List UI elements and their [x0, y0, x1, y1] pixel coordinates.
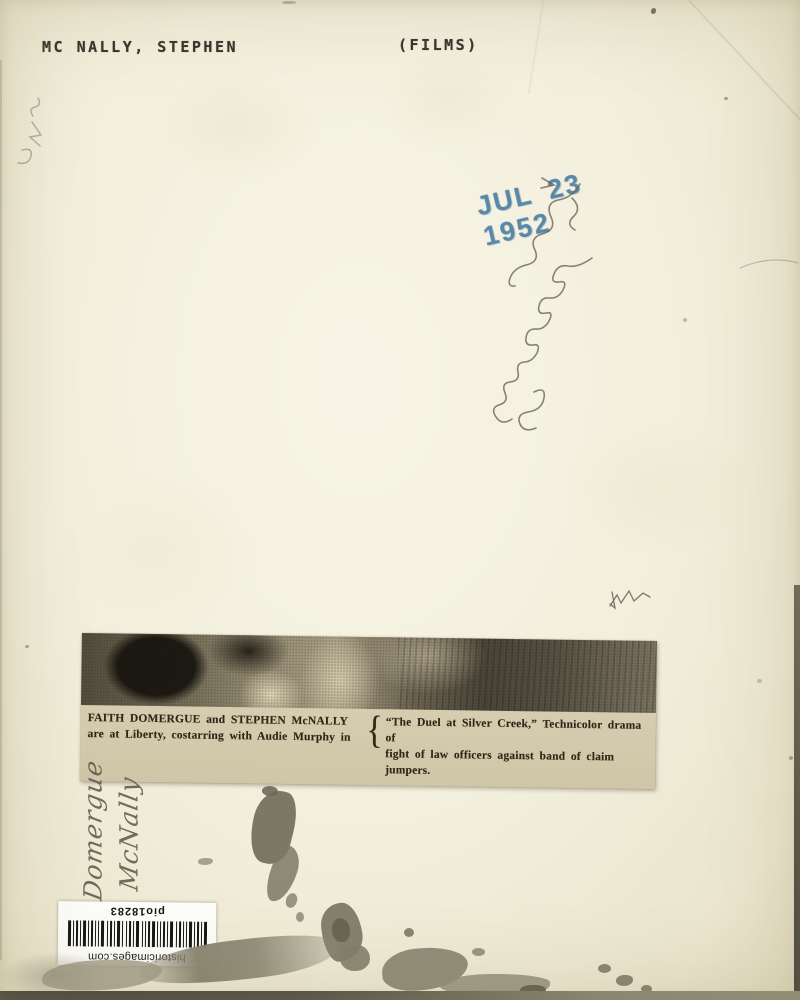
paint-smudge [296, 912, 304, 922]
paper-stain [60, 470, 260, 630]
caption-right-line1: “The Duel at Silver Creek,” Technicolor … [385, 716, 641, 744]
paint-smudge [332, 918, 350, 942]
ink-speck [683, 318, 687, 322]
ink-speck [789, 756, 793, 760]
date-received-stamp: JUL 23 1952 [473, 149, 672, 252]
news-clipping: FAITH DOMERGUE and STEPHEN McNALLY are a… [80, 633, 657, 789]
ink-speck [724, 97, 728, 100]
caption-and: and [206, 714, 225, 726]
typed-subject-name: MC NALLY, STEPHEN [42, 38, 238, 56]
ink-speck [282, 1, 296, 4]
paper-crease [689, 0, 800, 121]
ink-speck [757, 679, 762, 683]
paint-smudge [598, 964, 611, 973]
caption-right-column: “The Duel at Silver Creek,” Technicolor … [383, 714, 649, 782]
paper-crease [528, 0, 545, 94]
paper-stain [560, 420, 750, 560]
paint-smudge [198, 858, 213, 865]
pencil-scribble [604, 584, 660, 614]
paint-smudge [284, 892, 299, 910]
typed-category-label: (FILMS) [398, 36, 479, 54]
scan-edge-right [794, 585, 800, 1000]
paint-smudge [616, 975, 633, 986]
caption-left-line2: are at Liberty, costarring with Audie Mu… [88, 728, 351, 744]
ink-speck [650, 7, 657, 14]
paint-smudge [262, 842, 305, 905]
pencil-faint-curve [738, 252, 800, 278]
sticker-website-text: historicimages.com [88, 950, 186, 963]
paper-stain [380, 50, 520, 150]
barcode-icon [67, 920, 207, 947]
pencil-corner-marks [4, 86, 52, 170]
clipping-photo-halftone [81, 633, 657, 713]
paint-smudge [404, 928, 414, 937]
pencil-name-domergue: Domergue [76, 757, 112, 903]
paint-smudge [340, 945, 370, 971]
barcode-sticker: historicimages.com [58, 901, 217, 967]
paper-stain [150, 70, 320, 180]
caption-left-column: FAITH DOMERGUE and STEPHEN McNALLY are a… [87, 710, 365, 746]
clipping-caption: FAITH DOMERGUE and STEPHEN McNALLY are a… [80, 705, 656, 789]
pencil-name-mcnally: McNally [112, 757, 148, 903]
photo-verso-scan: MC NALLY, STEPHEN (FILMS) JUL 23 1952 FA… [0, 0, 800, 1000]
scan-edge-bottom [0, 991, 800, 1000]
scan-edge-left [0, 60, 2, 960]
paint-smudge [244, 786, 303, 868]
paint-smudge [318, 900, 366, 963]
caption-name-mcnally: STEPHEN McNALLY [231, 714, 348, 728]
paint-smudge [472, 948, 485, 956]
paint-smudge [381, 945, 470, 993]
caption-right-line2: fight of law officers against band of cl… [385, 748, 614, 777]
paint-smudge [262, 786, 278, 796]
caption-brace-divider: { [365, 711, 384, 750]
ink-speck [25, 645, 29, 648]
caption-name-domergue: FAITH DOMERGUE [88, 712, 201, 726]
sticker-id-code: pio18283 [110, 905, 165, 918]
pencil-names-annotation: Domergue McNally [76, 761, 159, 901]
